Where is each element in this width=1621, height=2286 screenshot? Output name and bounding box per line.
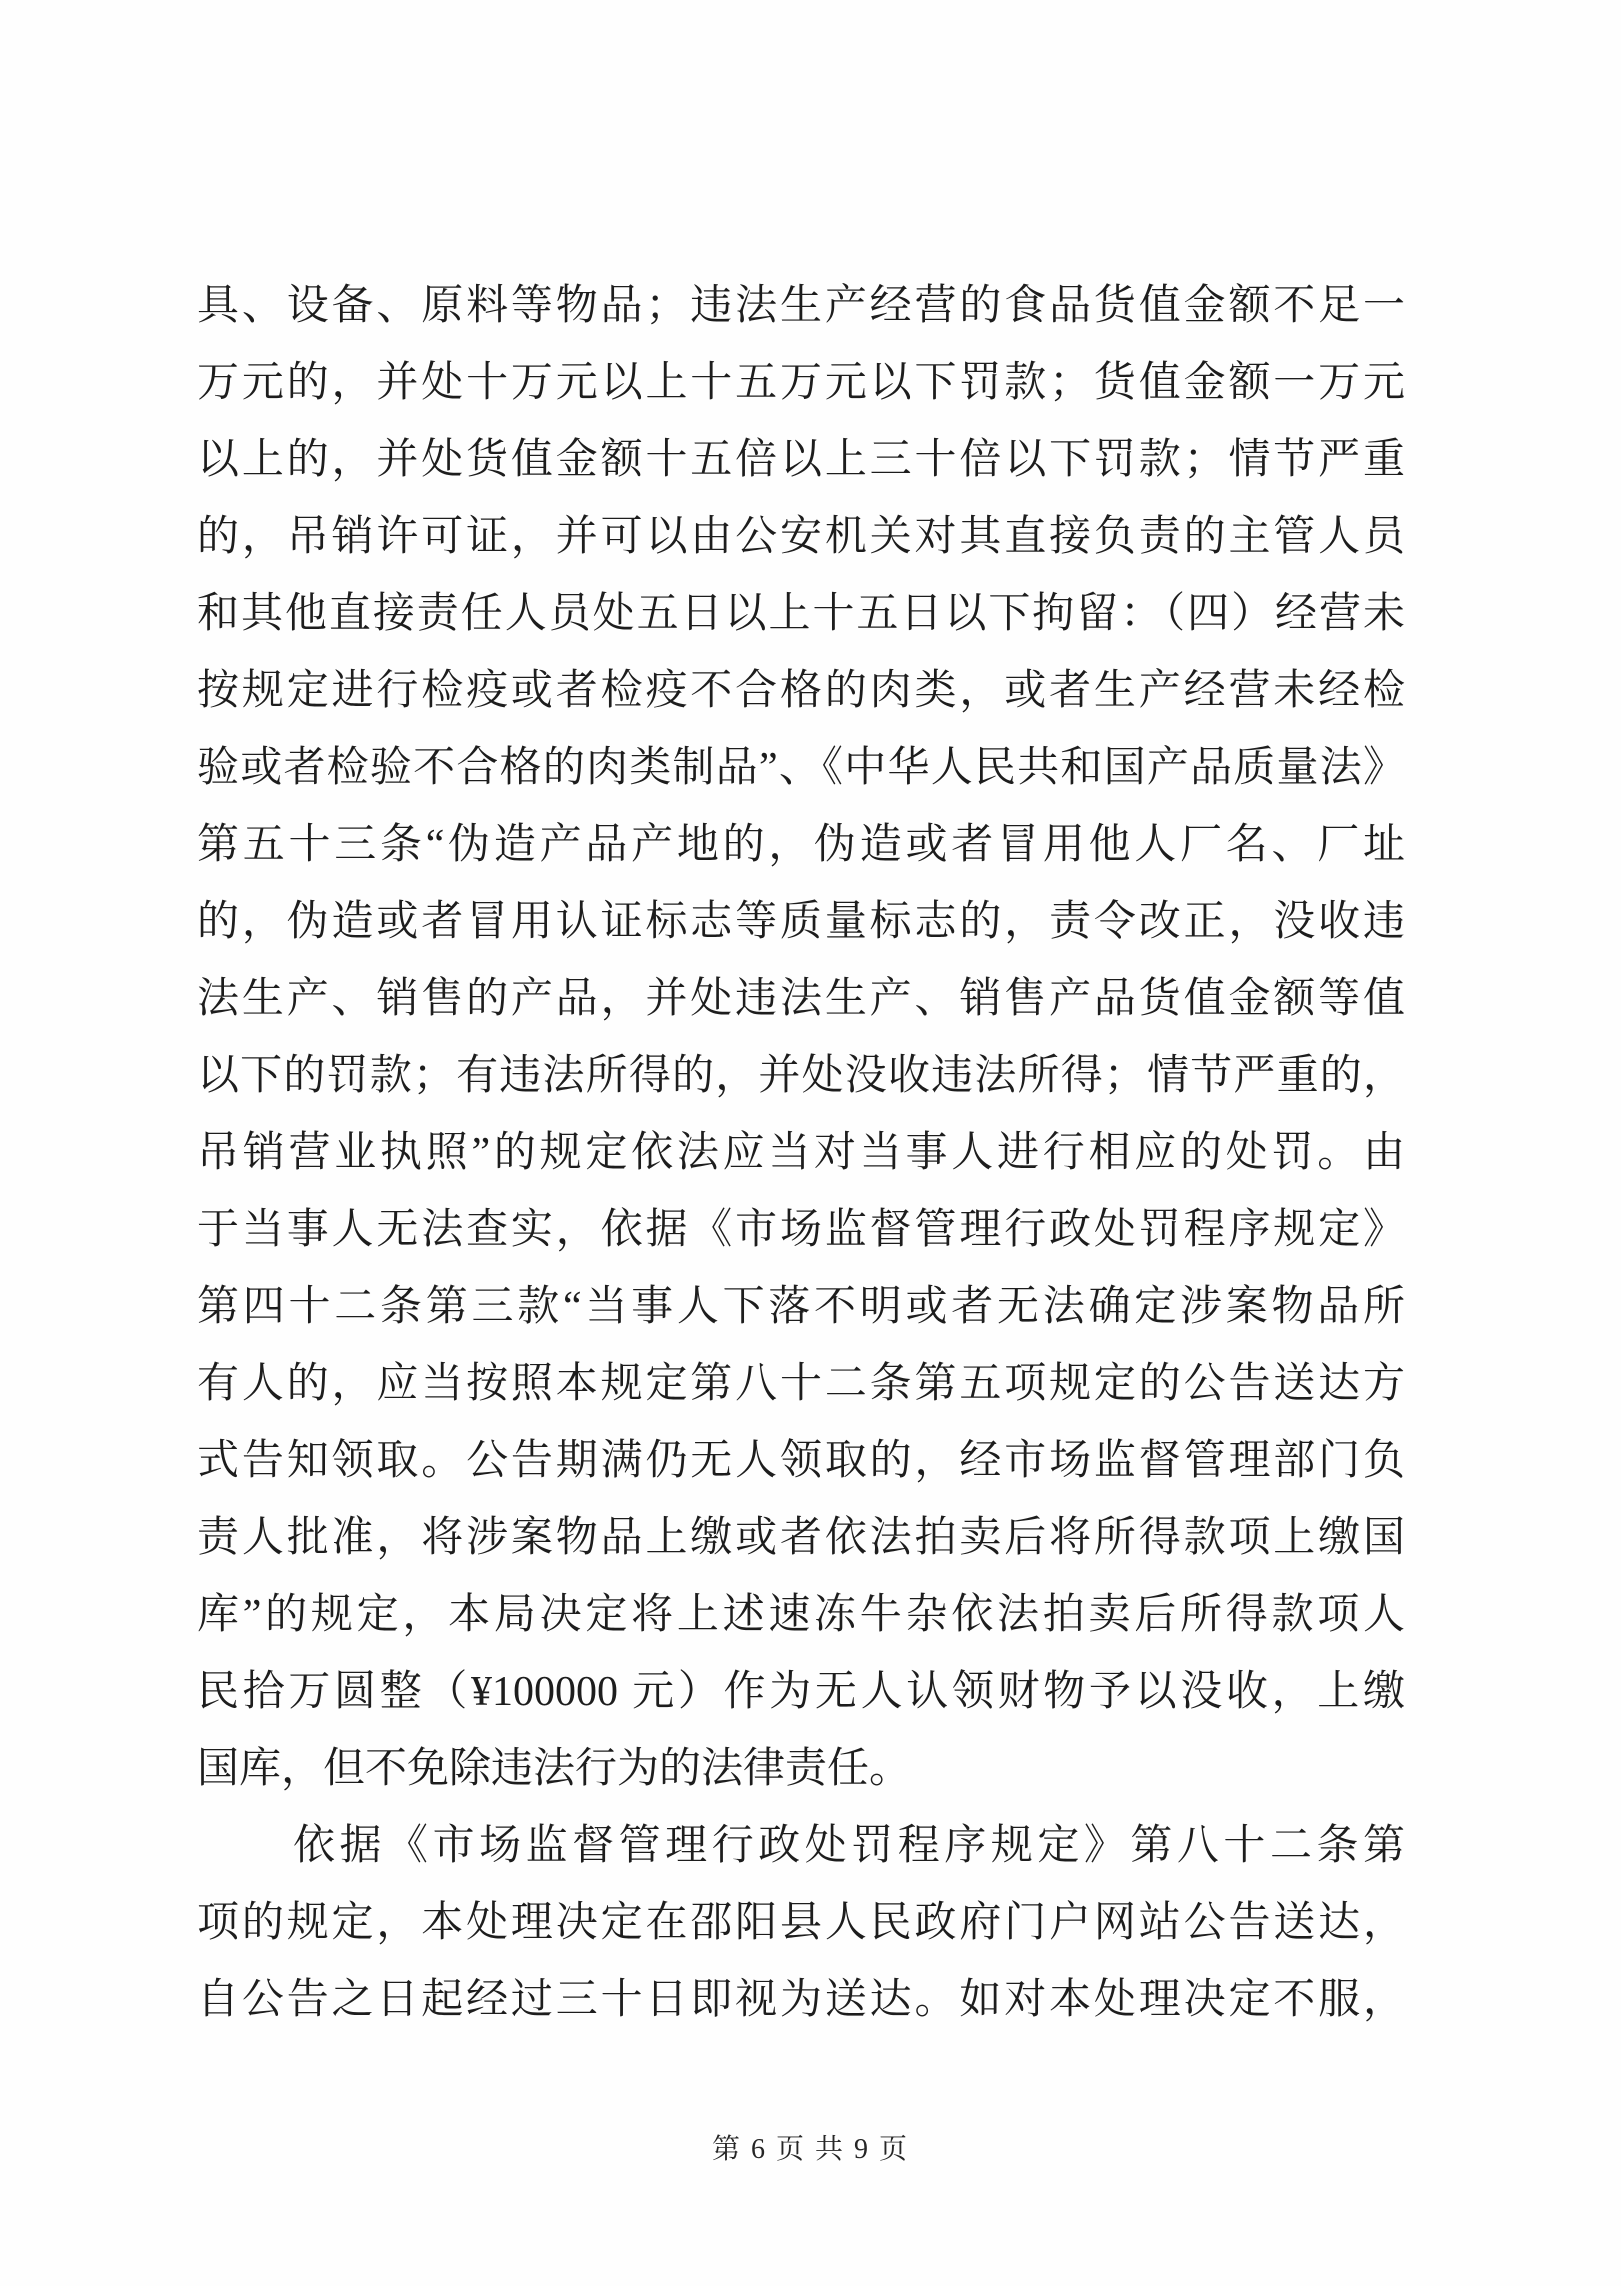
document-page: 具、设备、原料等物品；违法生产经营的食品货值金额不足一 万元的，并处十万元以上十… — [0, 0, 1621, 2286]
body-line: 以下的罚款；有违法所得的，并处没收违法所得；情节严重的， — [197, 1038, 1405, 1115]
body-line: 民拾万圆整（¥100000 元）作为无人认领财物予以没收，上缴 — [197, 1654, 1405, 1731]
body-line: 库”的规定，本局决定将上述速冻牛杂依法拍卖后所得款项人 — [197, 1577, 1405, 1654]
body-line: 第五十三条“伪造产品产地的，伪造或者冒用他人厂名、厂址 — [197, 807, 1405, 884]
body-line: 有人的，应当按照本规定第八十二条第五项规定的公告送达方 — [197, 1346, 1405, 1423]
body-line: 验或者检验不合格的肉类制品”、《中华人民共和国产品质量法》 — [197, 730, 1405, 807]
page-number-footer: 第 6 页 共 9 页 — [0, 2130, 1621, 2170]
document-body: 具、设备、原料等物品；违法生产经营的食品货值金额不足一 万元的，并处十万元以上十… — [197, 268, 1405, 2039]
body-line: 第四十二条第三款“当事人下落不明或者无法确定涉案物品所 — [197, 1269, 1405, 1346]
body-line: 的，伪造或者冒用认证标志等质量标志的，责令改正，没收违 — [197, 884, 1405, 961]
body-line: 的，吊销许可证，并可以由公安机关对其直接负责的主管人员 — [197, 499, 1405, 576]
body-line: 吊销营业执照”的规定依法应当对当事人进行相应的处罚。由 — [197, 1115, 1405, 1192]
paragraph-start-line: 依据《市场监督管理行政处罚程序规定》第八十二条第（五） — [197, 1808, 1405, 1885]
body-line: 项的规定，本处理决定在邵阳县人民政府门户网站公告送达， — [197, 1885, 1405, 1962]
body-line: 法生产、销售的产品，并处违法生产、销售产品货值金额等值 — [197, 961, 1405, 1038]
body-line: 具、设备、原料等物品；违法生产经营的食品货值金额不足一 — [197, 268, 1405, 345]
body-line: 责人批准，将涉案物品上缴或者依法拍卖后将所得款项上缴国 — [197, 1500, 1405, 1577]
body-line: 按规定进行检疫或者检疫不合格的肉类，或者生产经营未经检 — [197, 653, 1405, 730]
body-line: 和其他直接责任人员处五日以上十五日以下拘留：（四）经营未 — [197, 576, 1405, 653]
body-line: 以上的，并处货值金额十五倍以上三十倍以下罚款；情节严重 — [197, 422, 1405, 499]
body-line: 万元的，并处十万元以上十五万元以下罚款；货值金额一万元 — [197, 345, 1405, 422]
body-line: 自公告之日起经过三十日即视为送达。如对本处理决定不服， — [197, 1962, 1405, 2039]
body-line: 于当事人无法查实，依据《市场监督管理行政处罚程序规定》 — [197, 1192, 1405, 1269]
paragraph-end-line: 国库，但不免除违法行为的法律责任。 — [197, 1731, 1405, 1808]
body-line: 式告知领取。公告期满仍无人领取的，经市场监督管理部门负 — [197, 1423, 1405, 1500]
